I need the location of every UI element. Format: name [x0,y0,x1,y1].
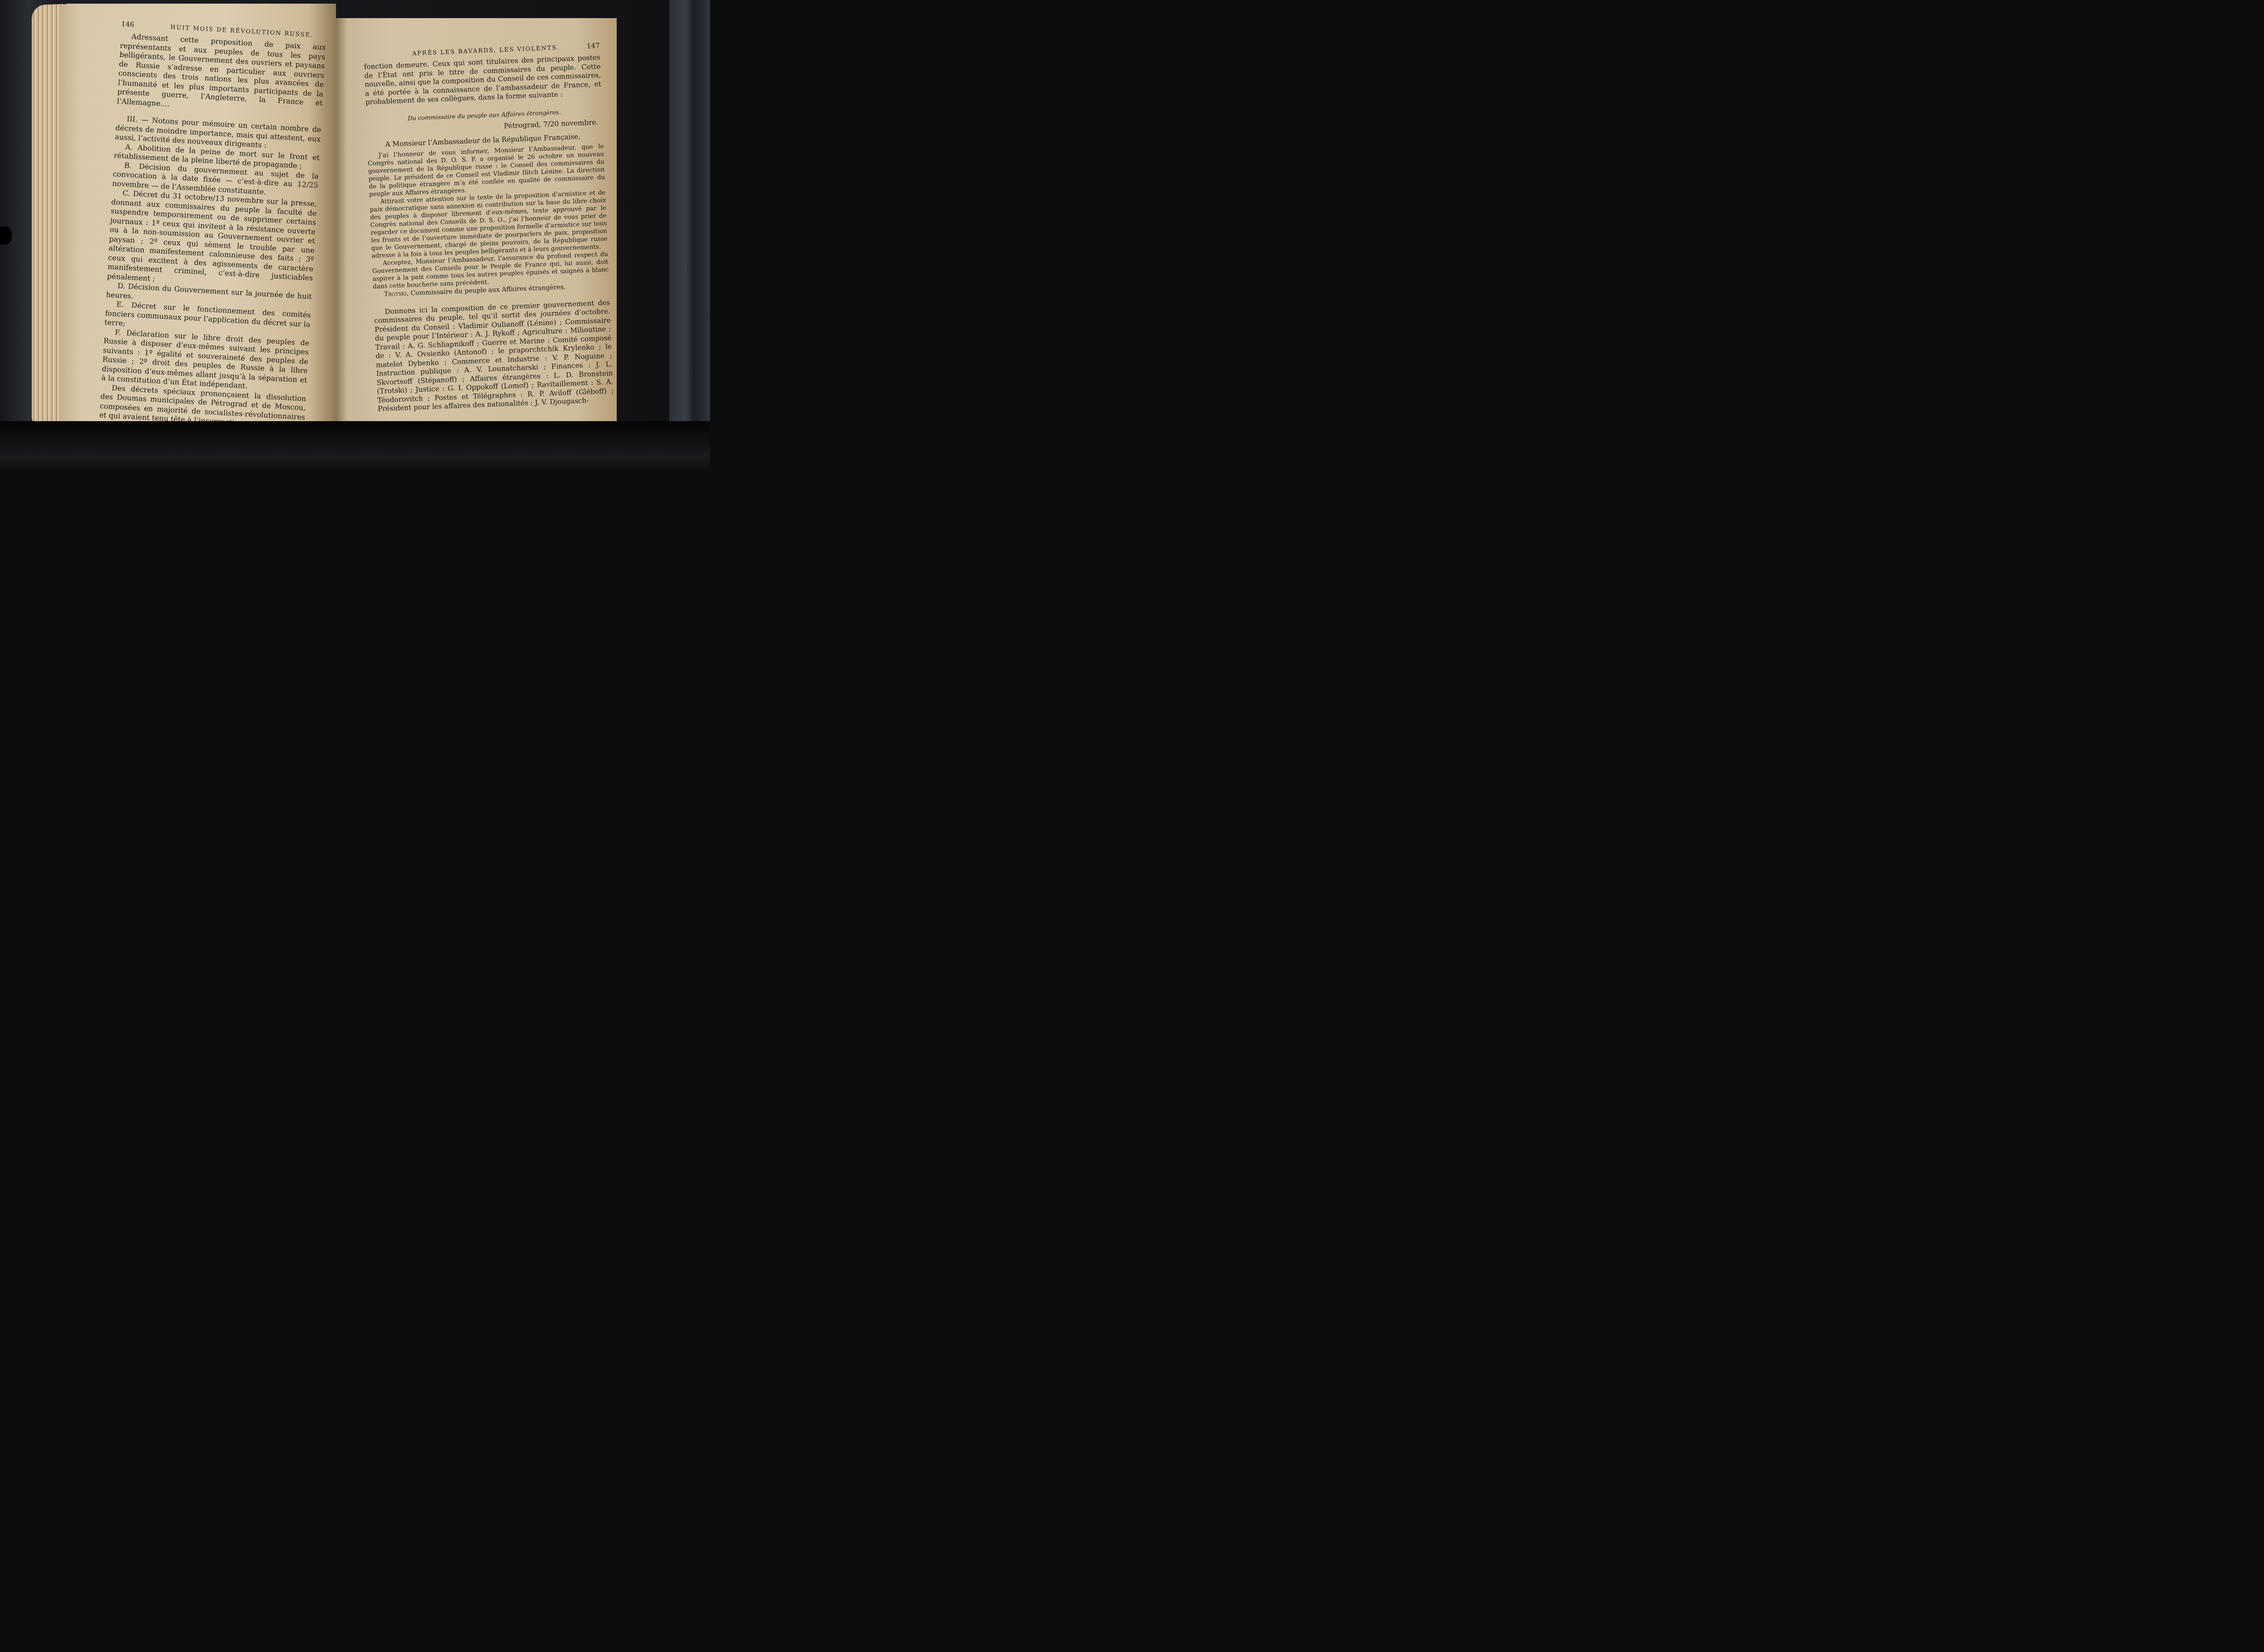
paragraph: fonction demeure. Ceux qui sont titulair… [364,53,602,107]
left-page: 146 HUIT MOIS DE RÉVOLUTION RUSSE. Adres… [59,4,336,427]
running-title: APRÈS LES BAVARDS, LES VIOLENTS. [412,44,560,57]
display-case-frame-right [669,0,710,435]
display-case-frame-bottom [0,421,710,473]
paragraph: Adressant cette proposition de paix aux … [117,32,326,117]
paragraph: Donnons ici la composition de ce premier… [374,298,614,414]
signature-name: Trotski, [384,290,409,298]
paragraph: F. Déclaration sur le libre droit des pe… [101,327,309,394]
page-clip [0,226,12,245]
page-number: 147 [586,42,600,50]
page-number: 146 [121,20,134,29]
right-page: APRÈS LES BAVARDS, LES VIOLENTS. 147 fon… [336,18,617,426]
paragraph: C. Décret du 31 octobre/13 novembre sur … [107,188,317,292]
letter-paragraph: Attirant votre attention sur le texte de… [369,189,608,260]
